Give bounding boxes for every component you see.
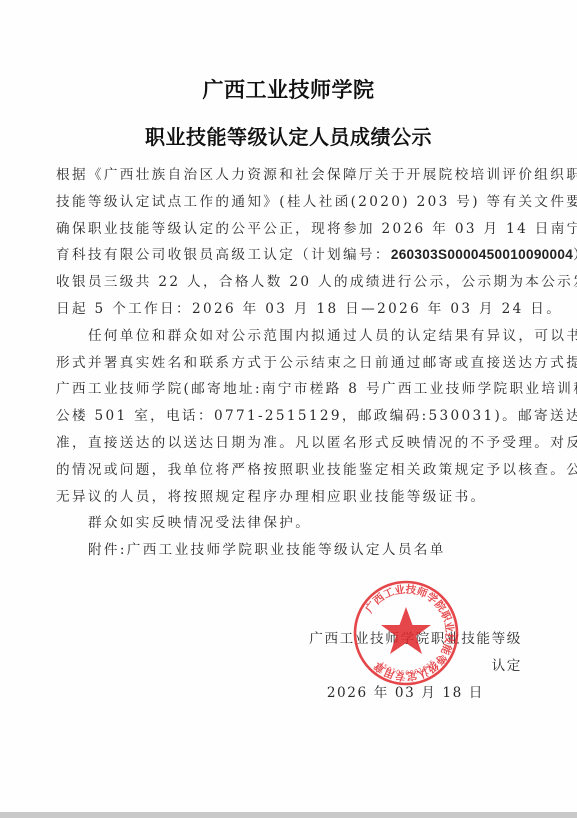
document-body: 根据《广西壮族自治区人力资源和社会保障厅关于开展院校培训评价组织职业 技能等级认… xyxy=(56,162,522,564)
issue-date: 2026 年 03 月 18 日 xyxy=(296,680,522,707)
text-line: 任何单位和群众如对公示范围内拟通过人员的认定结果有异议，可以书面 xyxy=(56,323,522,350)
text-segment: 育科技有限公司收银员高级工认定（计划编号： xyxy=(56,247,391,263)
issuer-name: 广西工业技师学院职业技能等级认定 xyxy=(296,626,522,680)
paragraph-protection: 群众如实反映情况受法律保护。 xyxy=(56,510,522,537)
text-line: 群众如实反映情况受法律保护。 xyxy=(56,510,522,537)
text-line: 育科技有限公司收银员高级工认定（计划编号：260303S000045001009… xyxy=(56,242,522,269)
text-line: 日起 5 个工作日：2026 年 03 月 18 日—2026 年 03 月 2… xyxy=(56,296,522,323)
text-line: 收银员三级共 22 人，合格人数 20 人的成绩进行公示，公示期为本公示发布之 xyxy=(56,269,522,296)
document-page: 广西工业技师学院 职业技能等级认定人员成绩公示 根据《广西壮族自治区人力资源和社… xyxy=(0,0,577,812)
text-line: 准，直接送达的以送达日期为准。凡以匿名形式反映情况的不予受理。对反映 xyxy=(56,430,522,457)
text-line: 根据《广西壮族自治区人力资源和社会保障厅关于开展院校培训评价组织职业 xyxy=(56,162,522,189)
signature-block: 广西工业技师学院职业技能等级认定 2026 年 03 月 18 日 xyxy=(296,626,522,707)
text-line: 的情况或问题，我单位将严格按照职业技能鉴定相关政策规定予以核查。公示 xyxy=(56,457,522,484)
scan-edge xyxy=(0,812,577,818)
text-segment: ）的 xyxy=(573,247,577,263)
institution-title: 广西工业技师学院 xyxy=(0,74,577,104)
paragraph-objection: 任何单位和群众如对公示范围内拟通过人员的认定结果有异议，可以书面 形式并署真实姓… xyxy=(56,323,522,511)
text-line: 确保职业技能等级认定的公平公正，现将参加 2026 年 03 月 14 日南宁市… xyxy=(56,216,522,243)
plan-number: 260303S0000450010090004 xyxy=(391,247,573,262)
text-line: 技能等级认定试点工作的通知》(桂人社函(2020) 203 号) 等有关文件要求… xyxy=(56,189,522,216)
attachment-line: 附件:广西工业技师学院职业技能等级认定人员名单 xyxy=(56,537,522,564)
paragraph-basis: 根据《广西壮族自治区人力资源和社会保障厅关于开展院校培训评价组织职业 技能等级认… xyxy=(56,162,522,323)
text-line: 公楼 501 室，电话：0771-2515129，邮政编码:530031)。邮寄… xyxy=(56,403,522,430)
paragraph-attachment: 附件:广西工业技师学院职业技能等级认定人员名单 xyxy=(56,537,522,564)
text-line: 无异议的人员，将按照规定程序办理相应职业技能等级证书。 xyxy=(56,484,522,511)
notice-title: 职业技能等级认定人员成绩公示 xyxy=(0,121,577,150)
text-line: 形式并署真实姓名和联系方式于公示结束之日前通过邮寄或直接送达方式提交 xyxy=(56,350,522,377)
text-line: 广西工业技师学院(邮寄地址:南宁市槎路 8 号广西工业技师学院职业培训科办 xyxy=(56,376,522,403)
